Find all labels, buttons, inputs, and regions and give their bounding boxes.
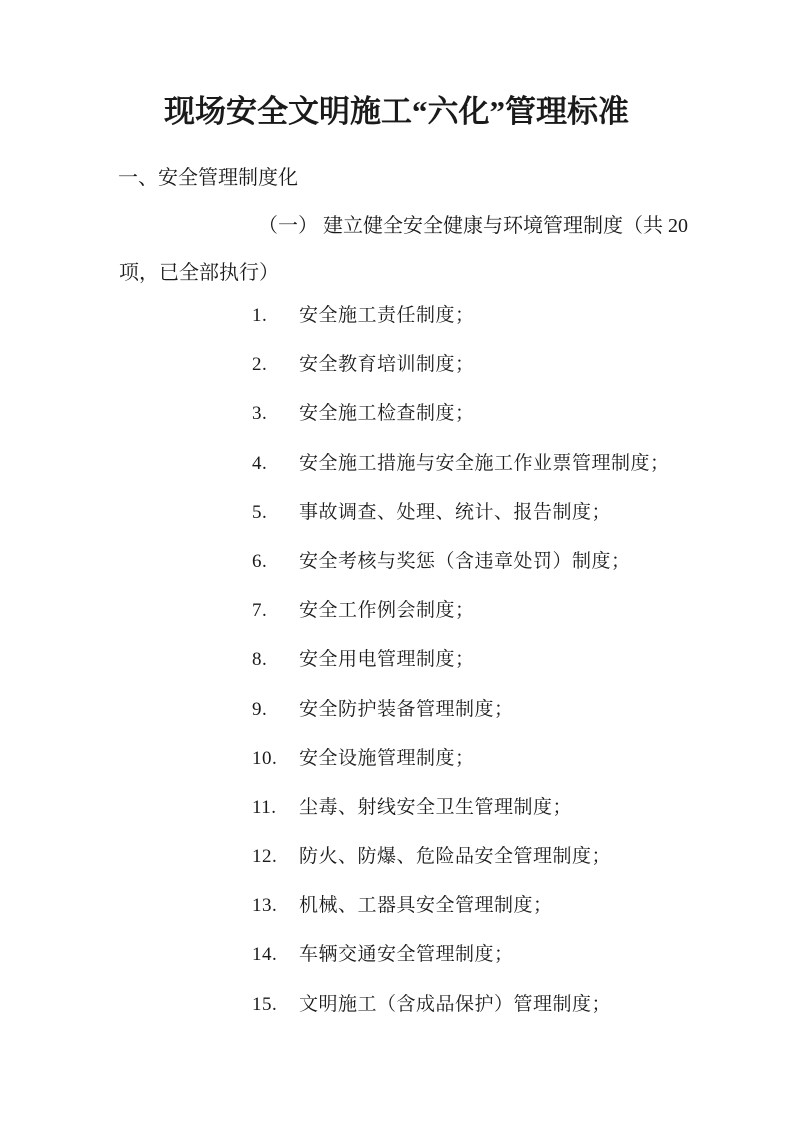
section-heading: 一、安全管理制度化 — [118, 163, 298, 193]
list-item-number: 8. — [252, 646, 299, 673]
list-item-number: 14. — [252, 941, 299, 968]
list-item-number: 1. — [252, 302, 299, 329]
list-item-number: 6. — [252, 548, 299, 575]
list-item: 13. 机械、工器具安全管理制度； — [0, 892, 793, 941]
list-item: 2. 安全教育培训制度； — [0, 351, 793, 400]
list-item-text: 安全考核与奖惩（含违章处罚）制度； — [299, 548, 631, 575]
list-item-number: 9. — [252, 696, 299, 723]
list-item-number: 3. — [252, 400, 299, 427]
list-item-text: 尘毒、射线安全卫生管理制度； — [299, 794, 572, 821]
list-item-number: 4. — [252, 450, 299, 477]
list-item: 8. 安全用电管理制度； — [0, 646, 793, 695]
list-item-number: 11. — [252, 794, 299, 821]
list-item-text: 安全防护装备管理制度； — [299, 696, 514, 723]
list-item: 5. 事故调查、处理、统计、报告制度； — [0, 499, 793, 548]
list-item-number: 15. — [252, 991, 299, 1018]
list-item: 11. 尘毒、射线安全卫生管理制度； — [0, 794, 793, 843]
list-item-number: 12. — [252, 843, 299, 870]
list-item-number: 2. — [252, 351, 299, 378]
list-item-text: 安全施工检查制度； — [299, 400, 475, 427]
subsection-intro-line-2: 项，已全部执行） — [119, 258, 279, 288]
list-item-text: 安全设施管理制度； — [299, 745, 475, 772]
list-item: 7. 安全工作例会制度； — [0, 597, 793, 646]
document-page: 现场安全文明施工“六化”管理标准 一、安全管理制度化 （一） 建立健全安全健康与… — [0, 0, 793, 1122]
list-item-number: 10. — [252, 745, 299, 772]
list-item: 12. 防火、防爆、危险品安全管理制度； — [0, 843, 793, 892]
list-item-text: 安全施工措施与安全施工作业票管理制度； — [299, 450, 670, 477]
document-title: 现场安全文明施工“六化”管理标准 — [0, 88, 793, 136]
list-item: 9. 安全防护装备管理制度； — [0, 696, 793, 745]
numbered-list: 1. 安全施工责任制度； 2. 安全教育培训制度； 3. 安全施工检查制度； 4… — [0, 302, 793, 1040]
list-item: 10. 安全设施管理制度； — [0, 745, 793, 794]
list-item-number: 5. — [252, 499, 299, 526]
list-item-text: 安全施工责任制度； — [299, 302, 475, 329]
list-item-text: 安全教育培训制度； — [299, 351, 475, 378]
list-item: 1. 安全施工责任制度； — [0, 302, 793, 351]
list-item-text: 机械、工器具安全管理制度； — [299, 892, 553, 919]
list-item: 6. 安全考核与奖惩（含违章处罚）制度； — [0, 548, 793, 597]
list-item-text: 安全用电管理制度； — [299, 646, 475, 673]
list-item-text: 防火、防爆、危险品安全管理制度； — [299, 843, 611, 870]
list-item-number: 7. — [252, 597, 299, 624]
list-item-text: 安全工作例会制度； — [299, 597, 475, 624]
list-item-text: 文明施工（含成品保护）管理制度； — [299, 991, 611, 1018]
subsection-intro-line-1: （一） 建立健全安全健康与环境管理制度（共 20 — [258, 211, 688, 241]
list-item-number: 13. — [252, 892, 299, 919]
list-item: 3. 安全施工检查制度； — [0, 400, 793, 449]
list-item: 4. 安全施工措施与安全施工作业票管理制度； — [0, 450, 793, 499]
list-item: 14. 车辆交通安全管理制度； — [0, 941, 793, 990]
list-item-text: 事故调查、处理、统计、报告制度； — [299, 499, 611, 526]
list-item: 15. 文明施工（含成品保护）管理制度； — [0, 991, 793, 1040]
list-item-text: 车辆交通安全管理制度； — [299, 941, 514, 968]
